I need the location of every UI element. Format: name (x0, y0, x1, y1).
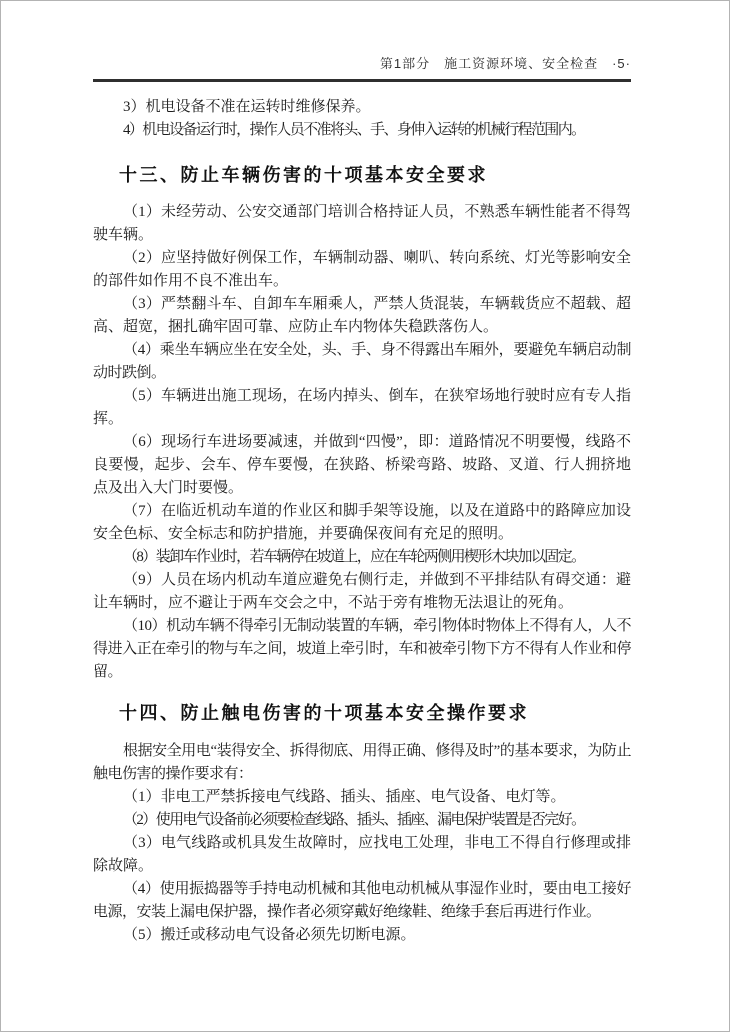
running-header-area: 第1部分 施工资源环境、安全检查 ·5· (93, 1, 631, 82)
running-header: 第1部分 施工资源环境、安全检查 ·5· (93, 1, 631, 72)
list-item: 3）机电设备不准在运转时维修保养。 (93, 96, 631, 119)
paragraph: （9）人员在场内机动车道应避免右侧行走，并做到不平排结队有碍交通：避让车辆时，应… (93, 569, 631, 615)
paragraph: （3）严禁翻斗车、自卸车车厢乘人，严禁人货混装，车辆载货应不超载、超高、超宽，捆… (93, 293, 631, 339)
paragraph: （1）非电工严禁拆接电气线路、插头、插座、电气设备、电灯等。 (93, 786, 631, 809)
paragraph: （4）乘坐车辆应坐在安全处，头、手、身不得露出车厢外，要避免车辆启动制动时跌倒。 (93, 339, 631, 385)
paragraph: （6）现场行车进场要减速，并做到“四慢”，即：道路情况不明要慢，线路不良要慢，起… (93, 431, 631, 500)
header-rule (93, 79, 631, 82)
list-item: 4）机电设备运行时，操作人员不准将头、手、身伸入运转的机械行程范围内。 (93, 119, 631, 142)
book-page: 第1部分 施工资源环境、安全检查 ·5· 3）机电设备不准在运转时维修保养。 4… (0, 0, 730, 1032)
paragraph: （5）搬迁或移动电气设备必须先切断电源。 (93, 924, 631, 947)
preamble-list: 3）机电设备不准在运转时维修保养。 4）机电设备运行时，操作人员不准将头、手、身… (93, 96, 631, 142)
paragraph: （7）在临近机动车道的作业区和脚手架等设施，以及在道路中的路障应加设安全色标、安… (93, 500, 631, 546)
paragraph: （10）机动车辆不得牵引无制动装置的车辆，牵引物体时物体上不得有人，人不得进入正… (93, 615, 631, 684)
section-14-heading: 十四、防止触电伤害的十项基本安全操作要求 (93, 700, 631, 726)
paragraph: （5）车辆进出施工现场，在场内掉头、倒车，在狭窄场地行驶时应有专人指挥。 (93, 385, 631, 431)
section-13: 十三、防止车辆伤害的十项基本安全要求 （1）未经劳动、公安交通部门培训合格持证人… (93, 162, 631, 684)
section-14: 十四、防止触电伤害的十项基本安全操作要求 根据安全用电“装得安全、拆得彻底、用得… (93, 700, 631, 947)
paragraph: （8）装卸车作业时，若车辆停在坡道上，应在车轮两侧用楔形木块加以固定。 (93, 546, 631, 569)
section-intro: 根据安全用电“装得安全、拆得彻底、用得正确、修得及时”的基本要求，为防止触电伤害… (93, 740, 631, 786)
text-block: 第1部分 施工资源环境、安全检查 ·5· 3）机电设备不准在运转时维修保养。 4… (1, 1, 729, 947)
section-13-heading: 十三、防止车辆伤害的十项基本安全要求 (93, 162, 631, 188)
paragraph: （3）电气线路或机具发生故障时，应找电工处理，非电工不得自行修理或排除故障。 (93, 832, 631, 878)
paragraph: （1）未经劳动、公安交通部门培训合格持证人员，不熟悉车辆性能者不得驾驶车辆。 (93, 201, 631, 247)
paragraph: （2）使用电气设备前必须要检查线路、插头、插座、漏电保护装置是否完好。 (93, 809, 631, 832)
paragraph: （4）使用振捣器等手持电动机械和其他电动机械从事湿作业时，要由电工接好电源，安装… (93, 878, 631, 924)
paragraph: （2）应坚持做好例保工作，车辆制动器、喇叭、转向系统、灯光等影响安全的部件如作用… (93, 247, 631, 293)
